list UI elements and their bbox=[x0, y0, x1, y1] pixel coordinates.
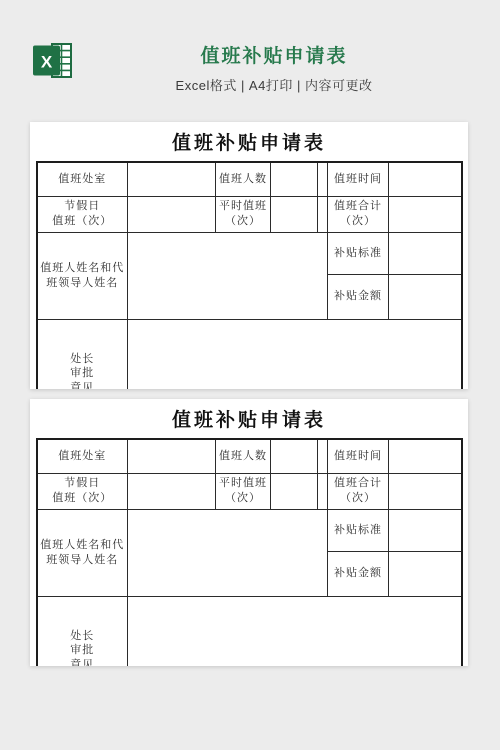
subsidy-amount-label: 补贴金额 bbox=[328, 274, 389, 319]
holiday-duty-label: 节假日 值班（次） bbox=[37, 196, 128, 232]
subsidy-amount-label: 补贴金额 bbox=[328, 551, 389, 596]
page-preview-list: 值班补贴申请表 值班处室 值班人数 值班时间 节假日 值班（次） 平时值班 （次… bbox=[0, 122, 500, 666]
names-label: 值班人姓名和代 班领导人姓名 bbox=[37, 232, 128, 319]
spacer-cell bbox=[318, 439, 328, 473]
weekday-duty-value bbox=[271, 196, 318, 232]
table-row: 值班处室 值班人数 值班时间 bbox=[37, 439, 462, 473]
subsidy-amount-value bbox=[389, 274, 462, 319]
holiday-duty-value bbox=[128, 473, 216, 509]
page-preview-2[interactable]: 值班补贴申请表 值班处室 值班人数 值班时间 节假日 值班（次） 平时值班 （次… bbox=[30, 399, 468, 666]
duty-total-value bbox=[389, 473, 462, 509]
spacer-cell bbox=[318, 162, 328, 196]
duty-time-label: 值班时间 bbox=[328, 439, 389, 473]
duty-time-value bbox=[389, 162, 462, 196]
duty-count-label: 值班人数 bbox=[216, 439, 271, 473]
subsidy-amount-value bbox=[389, 551, 462, 596]
approval-value bbox=[128, 319, 462, 389]
duty-total-label: 值班合计 （次） bbox=[328, 473, 389, 509]
weekday-duty-label: 平时值班 （次） bbox=[216, 473, 271, 509]
weekday-duty-label: 平时值班 （次） bbox=[216, 196, 271, 232]
subsidy-standard-label: 补贴标准 bbox=[328, 232, 389, 274]
table-row: 值班人姓名和代 班领导人姓名 补贴标准 bbox=[37, 509, 462, 551]
approval-label: 处长 审批 意见 bbox=[37, 319, 128, 389]
table-row: 节假日 值班（次） 平时值班 （次） 值班合计 （次） bbox=[37, 473, 462, 509]
duty-total-value bbox=[389, 196, 462, 232]
duty-time-value bbox=[389, 439, 462, 473]
names-value bbox=[128, 509, 328, 596]
form-table: 值班处室 值班人数 值班时间 节假日 值班（次） 平时值班 （次） 值班合计 （… bbox=[36, 161, 463, 389]
spacer-cell bbox=[318, 473, 328, 509]
page-preview-1[interactable]: 值班补贴申请表 值班处室 值班人数 值班时间 节假日 值班（次） 平时值班 （次… bbox=[30, 122, 468, 389]
subsidy-standard-value bbox=[389, 509, 462, 551]
duty-office-value bbox=[128, 439, 216, 473]
duty-count-label: 值班人数 bbox=[216, 162, 271, 196]
approval-value bbox=[128, 596, 462, 666]
holiday-duty-value bbox=[128, 196, 216, 232]
header-subtitle: Excel格式 | A4打印 | 内容可更改 bbox=[48, 75, 500, 94]
subsidy-standard-label: 补贴标准 bbox=[328, 509, 389, 551]
duty-total-label: 值班合计 （次） bbox=[328, 196, 389, 232]
table-row: 节假日 值班（次） 平时值班 （次） 值班合计 （次） bbox=[37, 196, 462, 232]
table-row: 值班处室 值班人数 值班时间 bbox=[37, 162, 462, 196]
holiday-duty-label: 节假日 值班（次） bbox=[37, 473, 128, 509]
table-row: 处长 审批 意见 bbox=[37, 596, 462, 666]
sheet-title: 值班补贴申请表 bbox=[30, 132, 468, 156]
svg-text:X: X bbox=[41, 53, 53, 72]
sheet-title: 值班补贴申请表 bbox=[30, 409, 468, 433]
duty-office-value bbox=[128, 162, 216, 196]
table-row: 处长 审批 意见 bbox=[37, 319, 462, 389]
duty-count-value bbox=[271, 162, 318, 196]
approval-label: 处长 审批 意见 bbox=[37, 596, 128, 666]
excel-logo-icon: X bbox=[33, 42, 73, 79]
spacer-cell bbox=[318, 196, 328, 232]
duty-office-label: 值班处室 bbox=[37, 439, 128, 473]
header-title: 值班补贴申请表 bbox=[48, 46, 500, 68]
table-row: 值班人姓名和代 班领导人姓名 补贴标准 bbox=[37, 232, 462, 274]
duty-office-label: 值班处室 bbox=[37, 162, 128, 196]
weekday-duty-value bbox=[271, 473, 318, 509]
form-table: 值班处室 值班人数 值班时间 节假日 值班（次） 平时值班 （次） 值班合计 （… bbox=[36, 438, 463, 666]
duty-time-label: 值班时间 bbox=[328, 162, 389, 196]
names-label: 值班人姓名和代 班领导人姓名 bbox=[37, 509, 128, 596]
subsidy-standard-value bbox=[389, 232, 462, 274]
names-value bbox=[128, 232, 328, 319]
header: X 值班补贴申请表 Excel格式 | A4打印 | 内容可更改 bbox=[0, 0, 500, 122]
duty-count-value bbox=[271, 439, 318, 473]
